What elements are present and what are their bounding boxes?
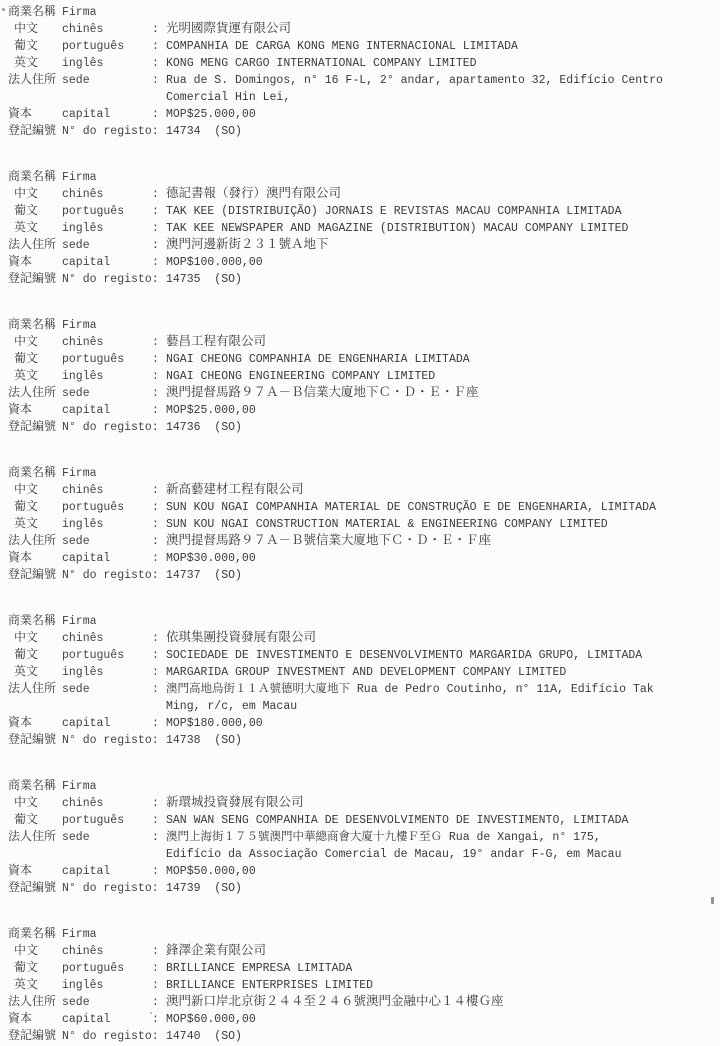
label-sede-zh: 法人住所 [8,681,62,698]
sede-value: Rua de S. Domingos, n° 16 F-L, 2° andar,… [166,72,720,106]
firma-header-row: 商業名稱 Firma [8,317,720,334]
colon-separator: : [152,664,166,681]
label-firma-pt: Firma [62,926,152,943]
label-portuguese-zh: 葡文 [8,960,62,977]
chinese-name-row: 中文 chinês : 藝昌工程有限公司 [8,334,720,351]
label-portuguese-pt: português [62,812,152,829]
sede-value: 澳門上海街１７５號澳門中華總商會大廈十九樓Ｆ至Ｇ Rua de Xangai, … [166,829,720,863]
label-sede-zh: 法人住所 [8,994,62,1011]
colon-separator: : [152,385,166,402]
registo-row: 登記編號 N° do registo: 14740 (SO) [8,1028,720,1045]
registo-value: 14737 (SO) [166,567,720,584]
label-sede-pt: sede [62,681,152,698]
label-registo-pt: N° do registo: [62,1028,166,1045]
label-registo-zh: 登記編號 [8,1028,62,1045]
sede-row: 法人住所 sede : 澳門高地烏街１１Ａ號德明大廈地下 Rua de Pedr… [8,681,720,715]
sede-row: 法人住所 sede : 澳門新口岸北京街２４４至２４６號澳門金融中心１４樓Ｇ座 [8,994,720,1011]
label-chinese-pt: chinês [62,186,152,203]
firma-header-row: 商業名稱 Firma [8,169,720,186]
label-business-name-zh: 商業名稱 [8,778,62,795]
colon-separator: : [152,1011,166,1028]
label-registo-pt: N° do registo: [62,880,166,897]
colon-separator: : [152,812,166,829]
company-record-14737: 商業名稱 Firma 中文 chinês : 新高藝建材工程有限公司 葡文 po… [8,465,720,584]
portuguese-name-row: 葡文 português : SAN WAN SENG COMPANHIA DE… [8,812,720,829]
label-chinese-zh: 中文 [8,630,62,647]
label-chinese-pt: chinês [62,21,152,38]
label-sede-zh: 法人住所 [8,72,62,89]
label-english-zh: 英文 [8,977,62,994]
chinese-name-value: 藝昌工程有限公司 [166,334,720,351]
portuguese-name-value: BRILLIANCE EMPRESA LIMITADA [166,960,720,977]
chinese-name-value: 新高藝建材工程有限公司 [166,482,720,499]
registo-value: 14738 (SO) [166,732,720,749]
capital-row: 資本 capital : MOP$50.000,00 [8,863,720,880]
label-sede-zh: 法人住所 [8,829,62,846]
registo-value: 14740 (SO) [166,1028,720,1045]
colon-separator: : [152,334,166,351]
label-capital-zh: 資本 [8,402,62,419]
label-registo-pt: N° do registo: [62,567,166,584]
label-registo-pt: N° do registo: [62,419,166,436]
english-name-value: BRILLIANCE ENTERPRISES LIMITED [166,977,720,994]
colon-separator: : [152,482,166,499]
label-capital-zh: 資本 [8,550,62,567]
registo-row: 登記編號 N° do registo: 14739 (SO) [8,880,720,897]
english-name-value: TAK KEE NEWSPAPER AND MAGAZINE (DISTRIBU… [166,220,720,237]
label-sede-pt: sede [62,385,152,402]
firma-header-row: 商業名稱 Firma [8,465,720,482]
portuguese-name-row: 葡文 português : NGAI CHEONG COMPANHIA DE … [8,351,720,368]
company-record-14734: 商業名稱 Firma 中文 chinês : 光明國際貨運有限公司 葡文 por… [8,4,720,140]
registry-page: 商業名稱 Firma 中文 chinês : 光明國際貨運有限公司 葡文 por… [0,0,720,1045]
registo-value: 14739 (SO) [166,880,720,897]
colon-separator: : [152,647,166,664]
portuguese-name-value: TAK KEE (DISTRIBUIÇÃO) JORNAIS E REVISTA… [166,203,720,220]
chinese-name-row: 中文 chinês : 依琪集團投資發展有限公司 [8,630,720,647]
chinese-name-value: 德記書報（發行）澳門有限公司 [166,186,720,203]
sede-value: 澳門提督馬路９７Ａ－Ｂ號信業大廈地下Ｃ・Ｄ・Ｅ・Ｆ座 [166,533,720,550]
colon-separator: : [152,237,166,254]
label-sede-zh: 法人住所 [8,237,62,254]
sede-row: 法人住所 sede : 澳門提督馬路９７Ａ－Ｂ信業大廈地下Ｃ・Ｄ・Ｅ・Ｆ座 [8,385,720,402]
label-sede-pt: sede [62,533,152,550]
label-english-zh: 英文 [8,516,62,533]
capital-row: 資本 capital : MOP$100.000,00 [8,254,720,271]
colon-separator: : [152,829,166,846]
label-chinese-zh: 中文 [8,943,62,960]
chinese-name-value: 鋒澤企業有限公司 [166,943,720,960]
label-registo-zh: 登記編號 [8,123,62,140]
label-capital-pt: capital [62,402,152,419]
label-portuguese-zh: 葡文 [8,812,62,829]
company-record-14739: 商業名稱 Firma 中文 chinês : 新環城投資發展有限公司 葡文 po… [8,778,720,897]
label-english-pt: inglês [62,977,152,994]
scan-speck [2,8,5,11]
chinese-name-row: 中文 chinês : 德記書報（發行）澳門有限公司 [8,186,720,203]
label-firma-pt: Firma [62,778,152,795]
label-registo-pt: N° do registo: [62,732,166,749]
registo-value: 14735 (SO) [166,271,720,288]
registo-row: 登記編號 N° do registo: 14735 (SO) [8,271,720,288]
label-capital-zh: 資本 [8,863,62,880]
sede-value: 澳門高地烏街１１Ａ號德明大廈地下 Rua de Pedro Coutinho, … [166,681,720,715]
sede-row: 法人住所 sede : 澳門上海街１７５號澳門中華總商會大廈十九樓Ｆ至Ｇ Rua… [8,829,720,863]
colon-separator: : [152,254,166,271]
firma-header-row: 商業名稱 Firma [8,926,720,943]
label-firma-pt: Firma [62,169,152,186]
label-chinese-zh: 中文 [8,795,62,812]
label-business-name-zh: 商業名稱 [8,169,62,186]
portuguese-name-value: SAN WAN SENG COMPANHIA DE DESENVOLVIMENT… [166,812,720,829]
capital-value: MOP$180.000,00 [166,715,720,732]
english-name-row: 英文 inglês : BRILLIANCE ENTERPRISES LIMIT… [8,977,720,994]
colon-separator: : [152,795,166,812]
label-firma-pt: Firma [62,4,152,21]
label-portuguese-zh: 葡文 [8,351,62,368]
english-name-row: 英文 inglês : SUN KOU NGAI CONSTRUCTION MA… [8,516,720,533]
colon-separator: : [152,220,166,237]
label-sede-pt: sede [62,72,152,89]
capital-value: MOP$100.000,00 [166,254,720,271]
portuguese-name-row: 葡文 português : SUN KOU NGAI COMPANHIA MA… [8,499,720,516]
chinese-name-row: 中文 chinês : 鋒澤企業有限公司 [8,943,720,960]
english-name-row: 英文 inglês : KONG MENG CARGO INTERNATIONA… [8,55,720,72]
colon-separator: : [152,106,166,123]
label-english-zh: 英文 [8,368,62,385]
label-capital-pt: capital [62,715,152,732]
label-registo-zh: 登記編號 [8,732,62,749]
chinese-name-row: 中文 chinês : 新環城投資發展有限公司 [8,795,720,812]
capital-row: 資本 capital : MOP$180.000,00 [8,715,720,732]
label-english-pt: inglês [62,368,152,385]
label-chinese-pt: chinês [62,943,152,960]
label-english-pt: inglês [62,516,152,533]
capital-value: MOP$30.000,00 [166,550,720,567]
label-portuguese-pt: português [62,203,152,220]
colon-separator: : [152,516,166,533]
portuguese-name-value: SUN KOU NGAI COMPANHIA MATERIAL DE CONST… [166,499,720,516]
label-firma-pt: Firma [62,317,152,334]
english-name-value: KONG MENG CARGO INTERNATIONAL COMPANY LI… [166,55,720,72]
company-record-14735: 商業名稱 Firma 中文 chinês : 德記書報（發行）澳門有限公司 葡文… [8,169,720,288]
colon-separator: : [152,72,166,89]
english-name-value: NGAI CHEONG ENGINEERING COMPANY LIMITED [166,368,720,385]
portuguese-name-row: 葡文 português : COMPANHIA DE CARGA KONG M… [8,38,720,55]
label-sede-pt: sede [62,994,152,1011]
label-firma-pt: Firma [62,465,152,482]
label-business-name-zh: 商業名稱 [8,465,62,482]
label-registo-zh: 登記編號 [8,419,62,436]
chinese-name-value: 新環城投資發展有限公司 [166,795,720,812]
portuguese-name-row: 葡文 português : SOCIEDADE DE INVESTIMENTO… [8,647,720,664]
label-chinese-zh: 中文 [8,334,62,351]
label-sede-zh: 法人住所 [8,533,62,550]
english-name-value: MARGARIDA GROUP INVESTMENT AND DEVELOPME… [166,664,720,681]
colon-separator: : [152,21,166,38]
colon-separator: : [152,630,166,647]
label-capital-zh: 資本 [8,715,62,732]
capital-row: 資本 capital : MOP$30.000,00 [8,550,720,567]
label-portuguese-zh: 葡文 [8,499,62,516]
label-firma-pt: Firma [62,613,152,630]
company-record-14736: 商業名稱 Firma 中文 chinês : 藝昌工程有限公司 葡文 portu… [8,317,720,436]
colon-separator: : [152,863,166,880]
sede-row: 法人住所 sede : 澳門提督馬路９７Ａ－Ｂ號信業大廈地下Ｃ・Ｄ・Ｅ・Ｆ座 [8,533,720,550]
capital-row: 資本 capital : MOP$60.000,00 [8,1011,720,1028]
english-name-row: 英文 inglês : MARGARIDA GROUP INVESTMENT A… [8,664,720,681]
portuguese-name-value: COMPANHIA DE CARGA KONG MENG INTERNACION… [166,38,720,55]
label-business-name-zh: 商業名稱 [8,613,62,630]
colon-separator: : [152,203,166,220]
firma-header-row: 商業名稱 Firma [8,778,720,795]
label-capital-pt: capital [62,254,152,271]
colon-separator: : [152,402,166,419]
label-registo-zh: 登記編號 [8,880,62,897]
label-chinese-pt: chinês [62,795,152,812]
portuguese-name-row: 葡文 português : TAK KEE (DISTRIBUIÇÃO) JO… [8,203,720,220]
label-registo-pt: N° do registo: [62,271,166,288]
label-english-zh: 英文 [8,55,62,72]
label-portuguese-zh: 葡文 [8,38,62,55]
sede-row: 法人住所 sede : 澳門河邊新街２３１號Ａ地下 [8,237,720,254]
registo-row: 登記編號 N° do registo: 14736 (SO) [8,419,720,436]
label-english-zh: 英文 [8,220,62,237]
capital-value: MOP$25.000,00 [166,106,720,123]
label-portuguese-zh: 葡文 [8,647,62,664]
label-capital-zh: 資本 [8,254,62,271]
portuguese-name-value: NGAI CHEONG COMPANHIA DE ENGENHARIA LIMI… [166,351,720,368]
label-chinese-zh: 中文 [8,21,62,38]
label-registo-zh: 登記編號 [8,271,62,288]
label-chinese-pt: chinês [62,334,152,351]
label-english-pt: inglês [62,220,152,237]
sede-value: 澳門提督馬路９７Ａ－Ｂ信業大廈地下Ｃ・Ｄ・Ｅ・Ｆ座 [166,385,720,402]
label-business-name-zh: 商業名稱 [8,4,62,21]
label-capital-pt: capital [62,106,152,123]
label-registo-zh: 登記編號 [8,567,62,584]
colon-separator: : [152,994,166,1011]
capital-value: MOP$60.000,00 [166,1011,720,1028]
english-name-row: 英文 inglês : TAK KEE NEWSPAPER AND MAGAZI… [8,220,720,237]
colon-separator: : [152,38,166,55]
label-capital-pt: capital [62,550,152,567]
label-english-pt: inglês [62,664,152,681]
capital-value: MOP$25.000,00 [166,402,720,419]
label-portuguese-pt: português [62,647,152,664]
firma-header-row: 商業名稱 Firma [8,613,720,630]
label-capital-pt: capital [62,1011,152,1028]
label-business-name-zh: 商業名稱 [8,317,62,334]
label-english-pt: inglês [62,55,152,72]
label-portuguese-pt: português [62,499,152,516]
label-portuguese-pt: português [62,351,152,368]
label-portuguese-pt: português [62,38,152,55]
label-business-name-zh: 商業名稱 [8,926,62,943]
sede-row: 法人住所 sede : Rua de S. Domingos, n° 16 F-… [8,72,720,106]
label-portuguese-pt: português [62,960,152,977]
registo-row: 登記編號 N° do registo: 14734 (SO) [8,123,720,140]
label-english-zh: 英文 [8,664,62,681]
capital-row: 資本 capital : MOP$25.000,00 [8,106,720,123]
label-capital-zh: 資本 [8,106,62,123]
label-chinese-zh: 中文 [8,482,62,499]
scan-speck [150,1012,152,1014]
colon-separator: : [152,681,166,698]
label-chinese-pt: chinês [62,482,152,499]
chinese-name-value: 光明國際貨運有限公司 [166,21,720,38]
label-sede-pt: sede [62,237,152,254]
colon-separator: : [152,960,166,977]
colon-separator: : [152,55,166,72]
chinese-name-row: 中文 chinês : 新高藝建材工程有限公司 [8,482,720,499]
colon-separator: : [152,186,166,203]
portuguese-name-value: SOCIEDADE DE INVESTIMENTO E DESENVOLVIME… [166,647,720,664]
colon-separator: : [152,499,166,516]
label-chinese-zh: 中文 [8,186,62,203]
registo-value: 14734 (SO) [166,123,720,140]
label-sede-pt: sede [62,829,152,846]
english-name-value: SUN KOU NGAI CONSTRUCTION MATERIAL & ENG… [166,516,720,533]
capital-row: 資本 capital : MOP$25.000,00 [8,402,720,419]
sede-value: 澳門河邊新街２３１號Ａ地下 [166,237,720,254]
registo-row: 登記編號 N° do registo: 14738 (SO) [8,732,720,749]
colon-separator: : [152,368,166,385]
label-capital-pt: capital [62,863,152,880]
colon-separator: : [152,550,166,567]
scan-speck [711,897,714,904]
portuguese-name-row: 葡文 português : BRILLIANCE EMPRESA LIMITA… [8,960,720,977]
colon-separator: : [152,977,166,994]
registo-value: 14736 (SO) [166,419,720,436]
colon-separator: : [152,533,166,550]
colon-separator: : [152,943,166,960]
chinese-name-row: 中文 chinês : 光明國際貨運有限公司 [8,21,720,38]
label-capital-zh: 資本 [8,1011,62,1028]
english-name-row: 英文 inglês : NGAI CHEONG ENGINEERING COMP… [8,368,720,385]
registo-row: 登記編號 N° do registo: 14737 (SO) [8,567,720,584]
label-sede-zh: 法人住所 [8,385,62,402]
company-record-14740: 商業名稱 Firma 中文 chinês : 鋒澤企業有限公司 葡文 portu… [8,926,720,1045]
capital-value: MOP$50.000,00 [166,863,720,880]
colon-separator: : [152,351,166,368]
company-record-14738: 商業名稱 Firma 中文 chinês : 依琪集團投資發展有限公司 葡文 p… [8,613,720,749]
colon-separator: : [152,715,166,732]
label-chinese-pt: chinês [62,630,152,647]
firma-header-row: 商業名稱 Firma [8,4,720,21]
label-registo-pt: N° do registo: [62,123,166,140]
chinese-name-value: 依琪集團投資發展有限公司 [166,630,720,647]
sede-value: 澳門新口岸北京街２４４至２４６號澳門金融中心１４樓Ｇ座 [166,994,720,1011]
label-portuguese-zh: 葡文 [8,203,62,220]
